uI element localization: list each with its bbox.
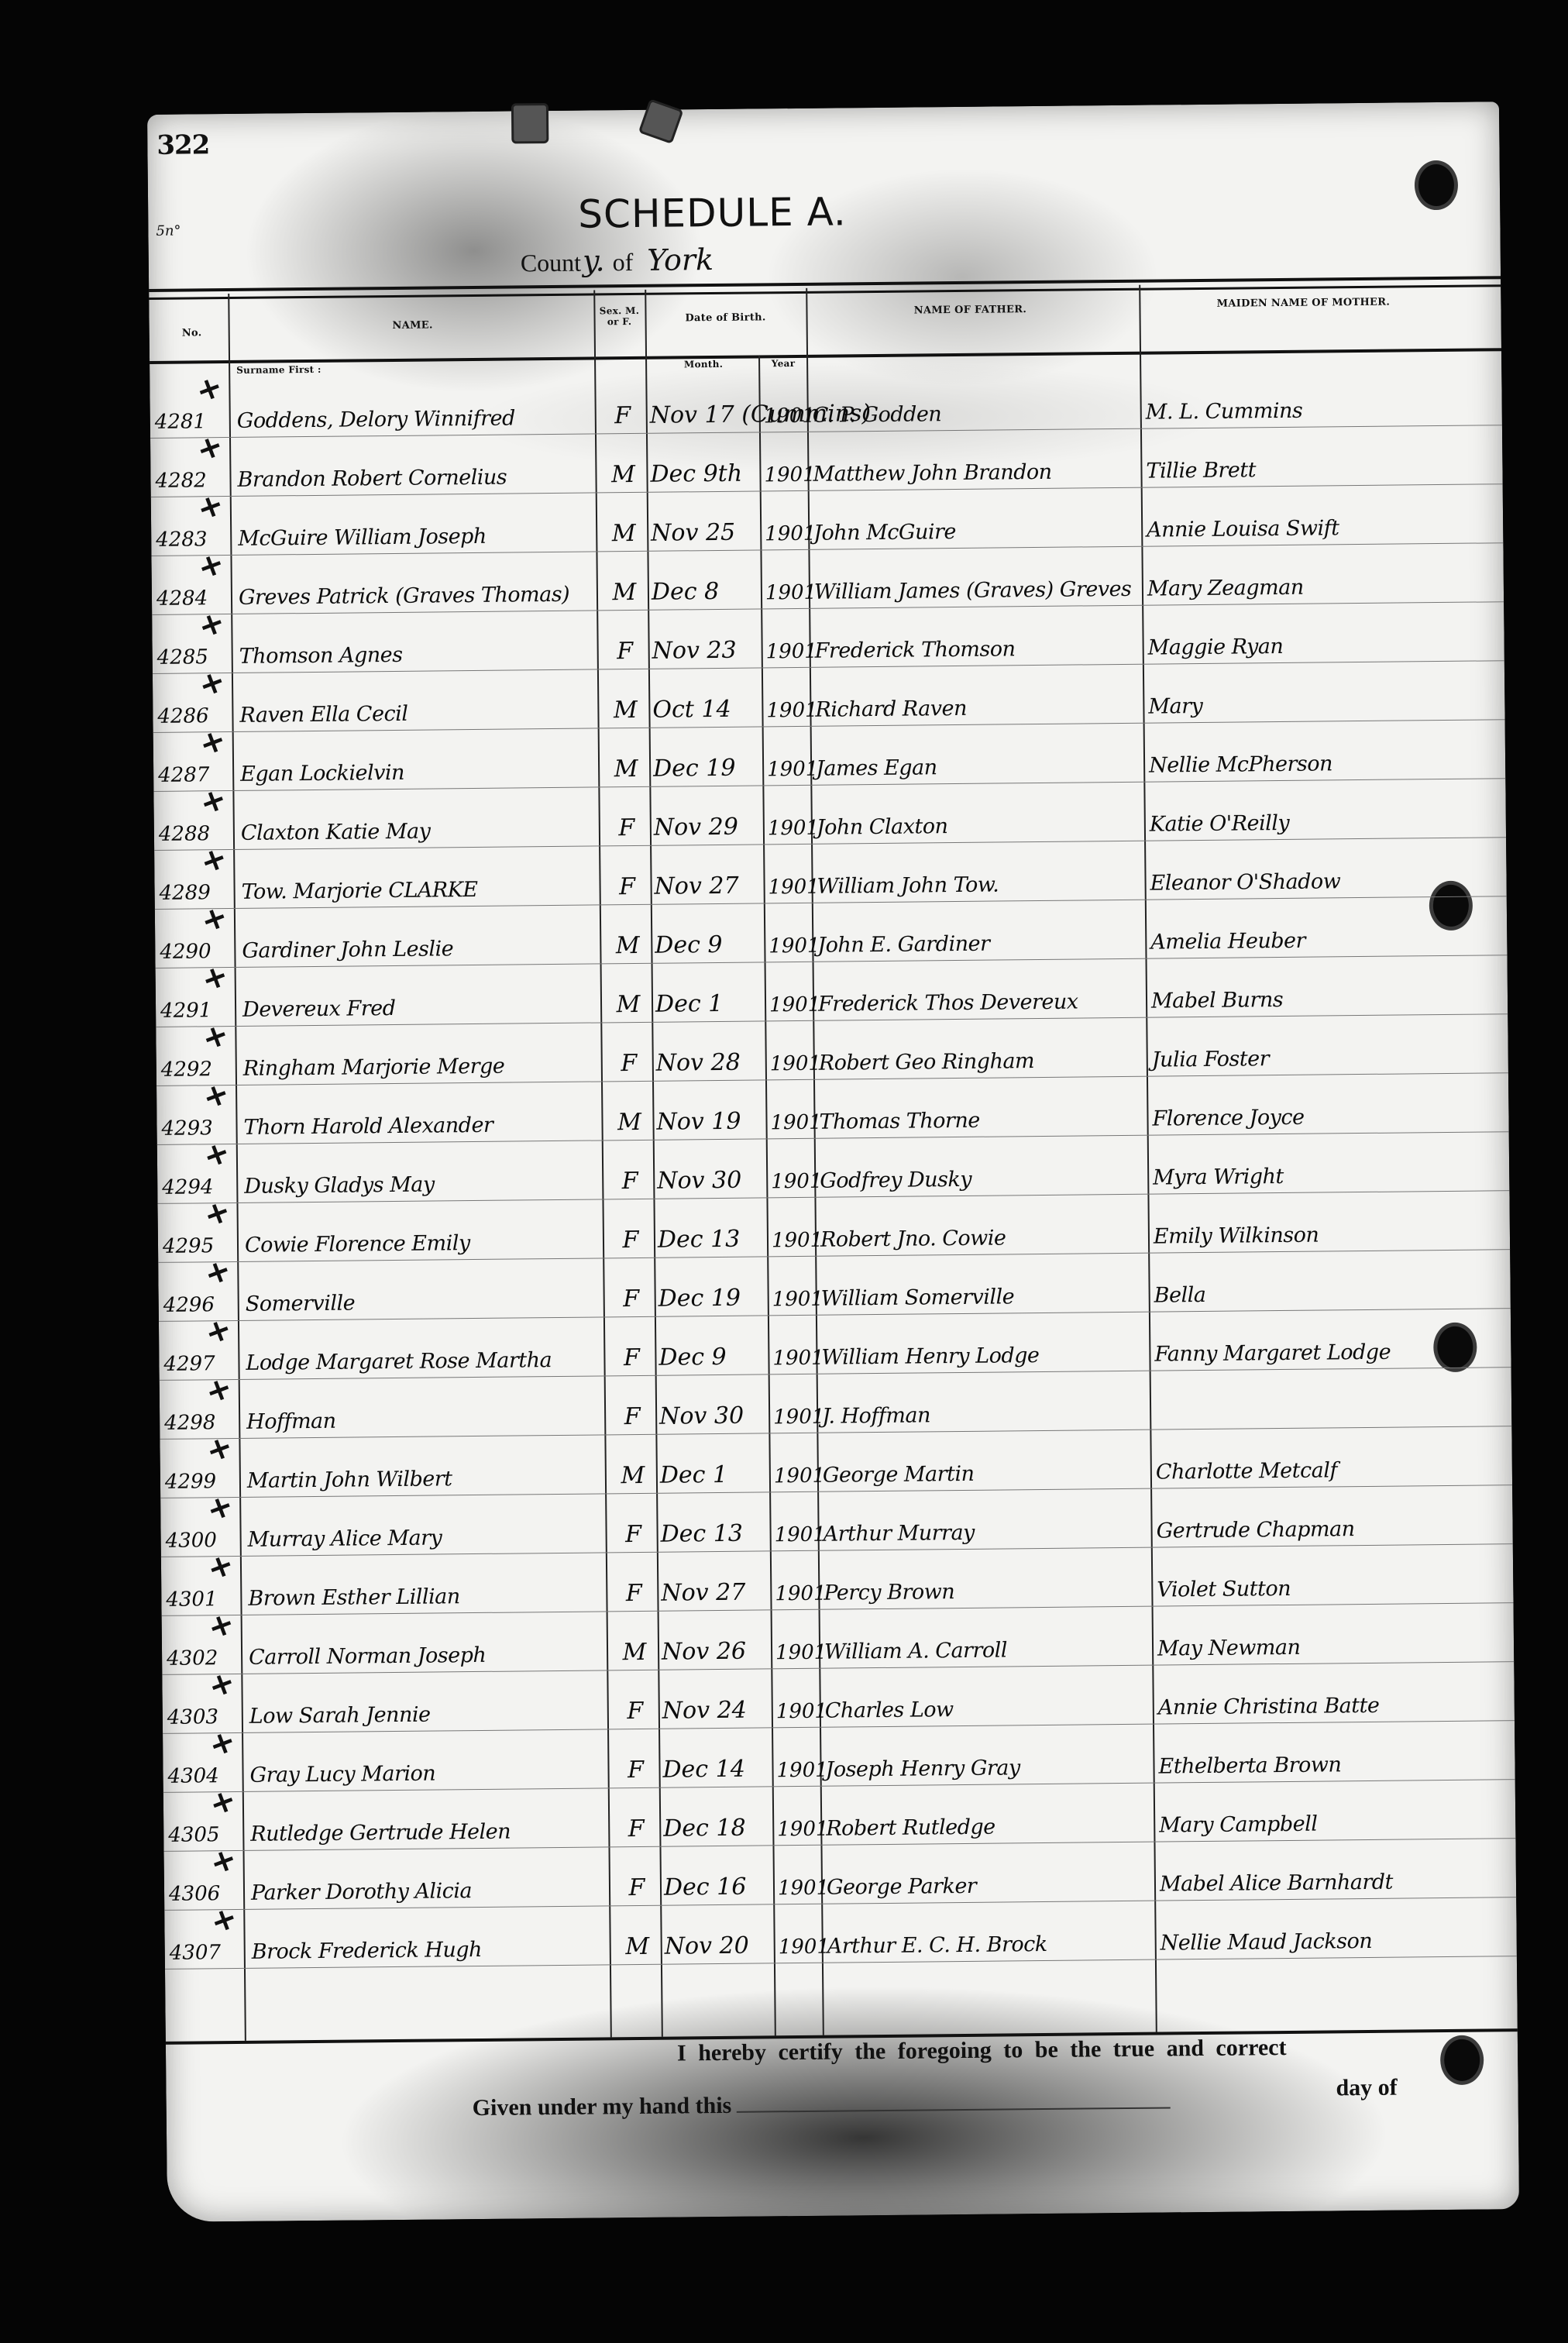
day-of-label: day of — [1336, 2075, 1398, 2102]
entry-number: 4281 — [155, 410, 229, 434]
father-name: James Egan — [816, 754, 1141, 781]
register-rows: + 4281 Goddens, Delory Winnifred F Nov 1… — [150, 366, 1501, 380]
birth-year: 1901 — [776, 1759, 820, 1783]
mother-maiden-name: Eleanor O'Shadow — [1150, 868, 1491, 895]
sex: F — [606, 1050, 652, 1078]
mother-maiden-name: Katie O'Reilly — [1150, 809, 1491, 836]
header-sex: Sex. M. or F. — [597, 305, 641, 328]
birth-month: Dec 19 — [658, 1284, 767, 1312]
birth-year: 1901 — [775, 1582, 818, 1606]
subheader-month: Month. — [661, 359, 746, 370]
birth-year: 1901 — [776, 1700, 820, 1724]
cross-mark-icon: + — [191, 368, 228, 411]
child-name: Thomson Agnes — [239, 641, 596, 668]
header-name: NAME. — [304, 318, 521, 332]
birth-month: Dec 18 — [663, 1814, 772, 1842]
birth-month: Nov 23 — [652, 636, 761, 664]
father-name: John Claxton — [817, 813, 1142, 840]
father-name: John E. Gardiner — [817, 931, 1143, 958]
father-name: Frederick Thos Devereux — [818, 989, 1143, 1017]
father-name: Matthew John Brandon — [813, 459, 1138, 487]
birth-month: Oct 14 — [652, 695, 761, 723]
register-page: 322 5n° SCHEDULE A. County.ofYork No. NA… — [147, 101, 1519, 2222]
entry-number: 4294 — [162, 1175, 236, 1199]
child-name: Claxton Katie May — [241, 817, 597, 845]
father-name: Percy Brown — [824, 1578, 1149, 1605]
child-name: Tow. Marjorie CLARKE — [241, 876, 597, 903]
sex: F — [600, 402, 646, 430]
birth-month: Dec 19 — [653, 754, 762, 782]
sex: M — [614, 1933, 661, 1961]
entry-number: 4284 — [156, 587, 230, 611]
sex: M — [606, 1109, 652, 1137]
mother-maiden-name — [1155, 1422, 1496, 1425]
sex: M — [610, 1462, 656, 1490]
sex: M — [604, 932, 651, 960]
mother-maiden-name: M. L. Cummins — [1146, 397, 1487, 424]
day-blank — [736, 2107, 1170, 2112]
birth-year: 1901 — [772, 1347, 816, 1371]
sex: M — [601, 579, 648, 607]
child-name: Rutledge Gertrude Helen — [250, 1818, 607, 1846]
entry-number: 4290 — [160, 940, 233, 964]
entry-number: 4302 — [167, 1646, 240, 1670]
binder-clip — [638, 98, 684, 144]
birth-year: 1901 — [768, 817, 811, 841]
entry-number: 4292 — [161, 1058, 235, 1082]
birth-month: Nov 17 (Cummins) — [650, 401, 758, 428]
child-name: Martin John Wilbert — [247, 1465, 603, 1492]
sex: F — [608, 1344, 655, 1372]
sex: M — [602, 697, 648, 724]
mother-maiden-name: Mabel Burns — [1151, 986, 1492, 1013]
entry-number: 4283 — [156, 528, 229, 552]
birth-month: Dec 1 — [655, 989, 764, 1017]
child-name: McGuire William Joseph — [238, 523, 594, 550]
mother-maiden-name: Charlotte Metcalf — [1156, 1457, 1497, 1484]
father-name: Robert Rutledge — [826, 1814, 1151, 1841]
mother-maiden-name: Nellie McPherson — [1149, 750, 1490, 777]
margin-mark: 5n° — [156, 223, 181, 239]
birth-year: 1901 — [768, 876, 811, 900]
mother-maiden-name: Tillie Brett — [1146, 456, 1487, 483]
sex: F — [603, 814, 650, 842]
birth-month: Dec 14 — [662, 1755, 771, 1783]
child-name: Gray Lucy Marion — [249, 1760, 606, 1787]
subheader-year: Year — [762, 358, 805, 370]
sex: F — [609, 1403, 655, 1431]
father-name: William James (Graves) Greves — [814, 577, 1140, 604]
child-name: Lodge Margaret Rose Martha — [246, 1347, 602, 1374]
child-name: Low Sarah Jennie — [249, 1701, 606, 1728]
entry-number: 4303 — [167, 1705, 241, 1729]
mother-maiden-name: Nellie Maud Jackson — [1161, 1928, 1501, 1955]
birth-month: Nov 29 — [654, 813, 762, 841]
birth-year: 1901 — [772, 1288, 816, 1312]
mother-maiden-name: Mabel Alice Barnhardt — [1160, 1869, 1501, 1896]
birth-month: Dec 13 — [660, 1519, 769, 1547]
birth-year: 1901 — [771, 1170, 814, 1194]
mother-maiden-name: Amelia Heuber — [1150, 927, 1491, 954]
child-name: Carroll Norman Joseph — [249, 1642, 605, 1669]
child-name: Parker Dorothy Alicia — [251, 1877, 607, 1904]
sex: F — [610, 1521, 656, 1549]
given-label: Given under my hand this — [473, 2093, 732, 2121]
sex: M — [600, 461, 646, 489]
header-father: NAME OF FATHER. — [846, 303, 1094, 317]
father-name: William A. Carroll — [824, 1637, 1150, 1664]
father-name: Arthur E. C. H. Brock — [827, 1932, 1153, 1959]
mother-maiden-name: Julia Foster — [1152, 1044, 1493, 1072]
child-name: Somerville — [246, 1288, 602, 1316]
birth-year: 1901 — [770, 1052, 813, 1076]
binding-hole — [1444, 2039, 1480, 2081]
birth-month: Dec 1 — [660, 1461, 769, 1488]
page-title: SCHEDULE A. — [578, 189, 847, 236]
mother-maiden-name: Emily Wilkinson — [1154, 1221, 1494, 1248]
county-of: of — [612, 248, 633, 276]
entry-number: 4285 — [157, 645, 231, 669]
sex: F — [608, 1285, 655, 1313]
header-no: No. — [165, 327, 219, 339]
father-name: J. Hoffman — [822, 1402, 1147, 1429]
child-name: Hoffman — [246, 1406, 603, 1433]
birth-year: 1901 — [779, 1935, 822, 1959]
birth-year: 1901 — [775, 1641, 819, 1665]
child-name: Goddens, Delory Winnifred — [237, 405, 593, 432]
sex: M — [611, 1639, 658, 1667]
father-name: Robert Jno. Cowie — [820, 1225, 1146, 1252]
entry-number: 4287 — [158, 763, 232, 787]
birth-year: 1901 — [766, 699, 810, 723]
birth-month: Nov 27 — [654, 872, 762, 900]
entry-number: 4306 — [169, 1882, 242, 1906]
sex: F — [613, 1815, 659, 1843]
binder-clip — [511, 103, 548, 143]
child-name: Cowie Florence Emily — [245, 1230, 601, 1257]
mother-maiden-name: Mary Campbell — [1159, 1810, 1500, 1837]
mother-maiden-name: Bella — [1154, 1280, 1495, 1307]
child-name: Greves Patrick (Graves Thomas) — [239, 582, 595, 609]
entry-number: 4307 — [170, 1941, 243, 1965]
birth-month: Dec 9th — [650, 459, 758, 487]
sex: M — [603, 755, 649, 783]
entry-number: 4298 — [164, 1411, 238, 1435]
child-name: Murray Alice Mary — [248, 1524, 604, 1551]
birth-year: 1901 — [778, 1877, 821, 1901]
mother-maiden-name: Florence Joyce — [1152, 1103, 1493, 1130]
father-name: Arthur Murray — [823, 1519, 1148, 1547]
mother-maiden-name: Fanny Margaret Lodge — [1154, 1339, 1495, 1366]
birth-year: 1901 — [769, 934, 812, 958]
sex: F — [607, 1227, 654, 1254]
child-name: Brock Frederick Hugh — [252, 1936, 608, 1963]
entry-number: 4297 — [163, 1352, 237, 1376]
entry-number: 4301 — [166, 1588, 239, 1612]
certification-line: I hereby certify the foregoing to be the… — [677, 2035, 1287, 2067]
child-name: Dusky Gladys May — [244, 1171, 600, 1198]
child-name: Raven Ella Cecil — [239, 700, 596, 727]
page-number: 322 — [156, 129, 209, 161]
mother-maiden-name: Maggie Ryan — [1148, 632, 1489, 659]
mother-maiden-name: May Newman — [1157, 1633, 1498, 1660]
birth-month: Nov 27 — [661, 1578, 769, 1606]
sex: M — [605, 991, 652, 1019]
birth-year: 1901 — [764, 463, 807, 487]
father-name: Richard Raven — [815, 695, 1140, 722]
father-name: Robert Geo Ringham — [819, 1048, 1144, 1075]
entry-number: 4288 — [159, 822, 232, 846]
father-name: Charles Low — [825, 1696, 1150, 1723]
father-name: Frederick Thomson — [815, 636, 1140, 663]
birth-year: 1901 — [773, 1405, 817, 1430]
sex: M — [600, 520, 647, 548]
entry-number: 4286 — [157, 704, 231, 728]
entry-number: 4282 — [155, 469, 229, 493]
sex: F — [610, 1580, 657, 1608]
entry-number: 4293 — [161, 1116, 235, 1141]
entry-number: 4304 — [167, 1764, 241, 1788]
birth-year: 1901 — [774, 1523, 817, 1547]
birth-month: Dec 8 — [652, 577, 760, 605]
header-top-rule — [149, 276, 1501, 300]
sex: F — [603, 873, 650, 901]
birth-year: 1901 — [777, 1818, 820, 1842]
child-name: Devereux Fred — [242, 994, 599, 1021]
mother-maiden-name: Annie Louisa Swift — [1147, 514, 1487, 542]
child-name: Brown Esther Lillian — [248, 1583, 604, 1610]
child-name: Egan Lockielvin — [240, 759, 597, 786]
father-name: William John Tow. — [817, 872, 1142, 899]
birth-month: Nov 30 — [659, 1402, 768, 1430]
mother-maiden-name: Myra Wright — [1153, 1162, 1494, 1189]
father-name: George Martin — [823, 1461, 1148, 1488]
certification-given-line: Given under my hand this — [473, 2088, 1175, 2121]
subheader-surname-first: Surname First : — [236, 364, 322, 376]
sex: F — [607, 1168, 653, 1196]
birth-month: Dec 9 — [658, 1343, 767, 1371]
entry-number: 4295 — [163, 1234, 236, 1258]
father-name: John McGuire — [813, 518, 1139, 545]
child-name: Brandon Robert Cornelius — [237, 464, 593, 491]
birth-month: Dec 9 — [655, 931, 763, 958]
birth-month: Dec 16 — [664, 1873, 772, 1901]
birth-month: Nov 19 — [656, 1107, 765, 1135]
sex: F — [612, 1698, 658, 1725]
binding-hole — [1418, 164, 1455, 206]
birth-month: Nov 30 — [657, 1166, 765, 1194]
birth-year: 1901 — [774, 1464, 817, 1488]
birth-year: 1901 — [764, 404, 807, 428]
mother-maiden-name: Annie Christina Batte — [1158, 1692, 1499, 1719]
mother-maiden-name: Violet Sutton — [1157, 1574, 1498, 1602]
entry-number: 4291 — [160, 999, 234, 1023]
entry-number: 4289 — [160, 881, 233, 905]
sex: F — [602, 638, 648, 666]
child-name: Gardiner John Leslie — [242, 935, 598, 962]
header-date-of-birth: Date of Birth. — [649, 311, 801, 325]
sex: F — [614, 1874, 660, 1902]
mother-maiden-name: Mary — [1148, 691, 1489, 718]
header-bottom-rule — [150, 348, 1501, 364]
mother-maiden-name: Gertrude Chapman — [1156, 1516, 1497, 1543]
birth-year: 1901 — [765, 522, 808, 546]
father-name: C. P. Godden — [813, 401, 1138, 428]
table-row: + 4307 Brock Frederick Hugh M Nov 20 190… — [164, 1897, 1517, 1970]
birth-year: 1901 — [765, 581, 809, 605]
birth-month: Nov 20 — [665, 1932, 773, 1959]
entry-number: 4299 — [165, 1470, 239, 1494]
birth-month: Nov 25 — [651, 518, 759, 546]
child-name: Ringham Marjorie Merge — [243, 1053, 600, 1080]
birth-year: 1901 — [766, 640, 810, 664]
birth-month: Dec 13 — [658, 1225, 766, 1253]
mother-maiden-name: Ethelberta Brown — [1158, 1751, 1499, 1778]
entry-number: 4300 — [166, 1529, 239, 1553]
sex: F — [612, 1756, 658, 1784]
father-name: William Henry Lodge — [821, 1343, 1147, 1370]
birth-month: Nov 26 — [662, 1637, 770, 1665]
county-label: Count — [521, 249, 582, 277]
father-name: George Parker — [827, 1873, 1152, 1900]
header-mother: MAIDEN NAME OF MOTHER. — [1156, 296, 1450, 311]
birth-year: 1901 — [770, 1111, 813, 1135]
father-name: Godfrey Dusky — [820, 1166, 1145, 1193]
entry-number: 4296 — [163, 1293, 237, 1317]
father-name: William Somerville — [821, 1284, 1147, 1311]
county-name: York — [647, 243, 714, 277]
county-line: County.ofYork — [521, 243, 728, 279]
birth-year: 1901 — [772, 1229, 815, 1253]
birth-month: Nov 24 — [662, 1696, 771, 1724]
birth-month: Nov 28 — [656, 1048, 765, 1076]
mother-maiden-name: Mary Zeagman — [1147, 573, 1488, 600]
birth-year: 1901 — [769, 993, 813, 1017]
county-label-hand: y. — [583, 243, 605, 277]
father-name: Joseph Henry Gray — [825, 1755, 1150, 1782]
child-name: Thorn Harold Alexander — [243, 1112, 600, 1139]
entry-number: 4305 — [168, 1823, 242, 1847]
birth-year: 1901 — [767, 758, 810, 782]
father-name: Thomas Thorne — [819, 1107, 1144, 1134]
